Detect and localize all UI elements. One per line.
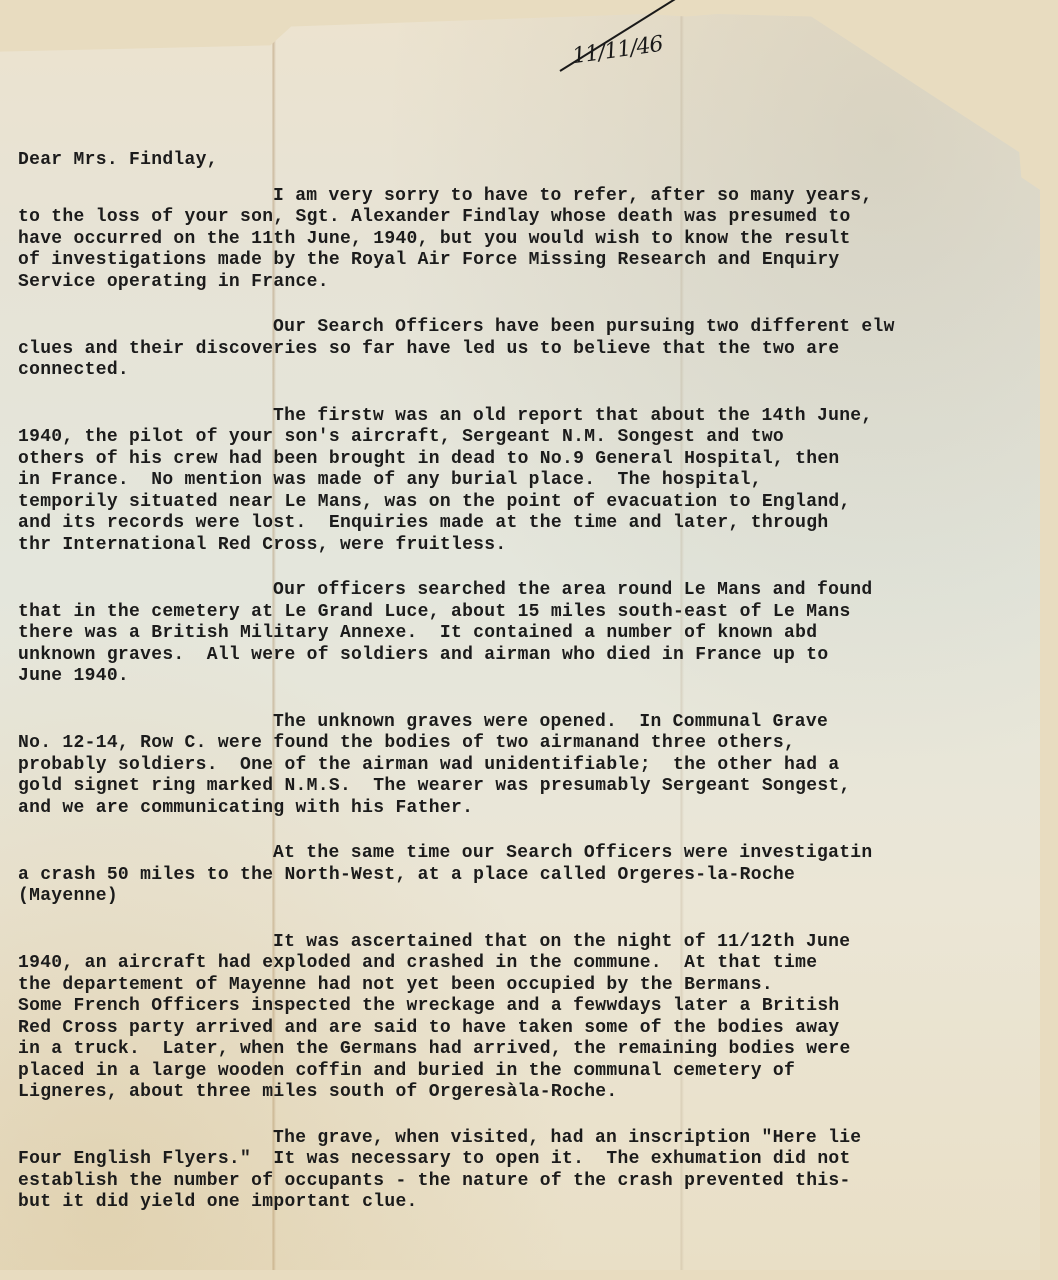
- letter-paragraphs: I am very sorry to have to refer, after …: [18, 186, 1038, 1214]
- paragraph-line: Our officers searched the area round Le …: [18, 580, 1038, 602]
- letter-paragraph: Our Search Officers have been pursuing t…: [18, 317, 1038, 382]
- paragraph-line: clues and their discoveries so far have …: [18, 339, 1038, 361]
- letter-body: Dear Mrs. Findlay, I am very sorry to ha…: [18, 150, 1038, 1238]
- paragraph-line: (Mayenne): [18, 886, 1038, 908]
- paragraph-line: I am very sorry to have to refer, after …: [18, 186, 1038, 208]
- paragraph-line: The grave, when visited, had an inscript…: [18, 1128, 1038, 1150]
- paragraph-line: Some French Officers inspected the wreck…: [18, 996, 1038, 1018]
- paragraph-line: and we are communicating with his Father…: [18, 798, 1038, 820]
- paragraph-line: in a truck. Later, when the Germans had …: [18, 1039, 1038, 1061]
- paragraph-line: 1940, the pilot of your son's aircraft, …: [18, 427, 1038, 449]
- paragraph-line: that in the cemetery at Le Grand Luce, a…: [18, 602, 1038, 624]
- paragraph-line: others of his crew had been brought in d…: [18, 449, 1038, 471]
- letter-paragraph: Our officers searched the area round Le …: [18, 580, 1038, 688]
- paragraph-line: thr International Red Cross, were fruitl…: [18, 535, 1038, 557]
- paragraph-line: but it did yield one important clue.: [18, 1192, 1038, 1214]
- letter-paragraph: I am very sorry to have to refer, after …: [18, 186, 1038, 294]
- paragraph-line: It was ascertained that on the night of …: [18, 932, 1038, 954]
- paragraph-line: gold signet ring marked N.M.S. The weare…: [18, 776, 1038, 798]
- paragraph-line: Red Cross party arrived and are said to …: [18, 1018, 1038, 1040]
- letter-paragraph: It was ascertained that on the night of …: [18, 932, 1038, 1104]
- paragraph-line: Our Search Officers have been pursuing t…: [18, 317, 1038, 339]
- paragraph-line: Service operating in France.: [18, 272, 1038, 294]
- paragraph-line: No. 12-14, Row C. were found the bodies …: [18, 733, 1038, 755]
- paragraph-line: June 1940.: [18, 666, 1038, 688]
- paragraph-line: connected.: [18, 360, 1038, 382]
- paragraph-line: to the loss of your son, Sgt. Alexander …: [18, 207, 1038, 229]
- paragraph-line: and its records were lost. Enquiries mad…: [18, 513, 1038, 535]
- paragraph-line: The unknown graves were opened. In Commu…: [18, 712, 1038, 734]
- paragraph-line: have occurred on the 11th June, 1940, bu…: [18, 229, 1038, 251]
- letter-paragraph: The unknown graves were opened. In Commu…: [18, 712, 1038, 820]
- paragraph-line: Ligneres, about three miles south of Org…: [18, 1082, 1038, 1104]
- paragraph-line: 1940, an aircraft had exploded and crash…: [18, 953, 1038, 975]
- paragraph-line: placed in a large wooden coffin and buri…: [18, 1061, 1038, 1083]
- paragraph-line: unknown graves. All were of soldiers and…: [18, 645, 1038, 667]
- letter-paragraph: The grave, when visited, had an inscript…: [18, 1128, 1038, 1214]
- letter-paragraph: The firstw was an old report that about …: [18, 406, 1038, 557]
- paragraph-line: Four English Flyers." It was necessary t…: [18, 1149, 1038, 1171]
- paragraph-line: of investigations made by the Royal Air …: [18, 250, 1038, 272]
- salutation: Dear Mrs. Findlay,: [18, 150, 1038, 172]
- paragraph-line: there was a British Military Annexe. It …: [18, 623, 1038, 645]
- paragraph-line: a crash 50 miles to the North-West, at a…: [18, 865, 1038, 887]
- paragraph-line: in France. No mention was made of any bu…: [18, 470, 1038, 492]
- letter-paragraph: At the same time our Search Officers wer…: [18, 843, 1038, 908]
- paragraph-line: the departement of Mayenne had not yet b…: [18, 975, 1038, 997]
- paragraph-line: The firstw was an old report that about …: [18, 406, 1038, 428]
- paragraph-line: establish the number of occupants - the …: [18, 1171, 1038, 1193]
- paragraph-line: At the same time our Search Officers wer…: [18, 843, 1038, 865]
- paragraph-line: probably soldiers. One of the airman wad…: [18, 755, 1038, 777]
- paragraph-line: temporily situated near Le Mans, was on …: [18, 492, 1038, 514]
